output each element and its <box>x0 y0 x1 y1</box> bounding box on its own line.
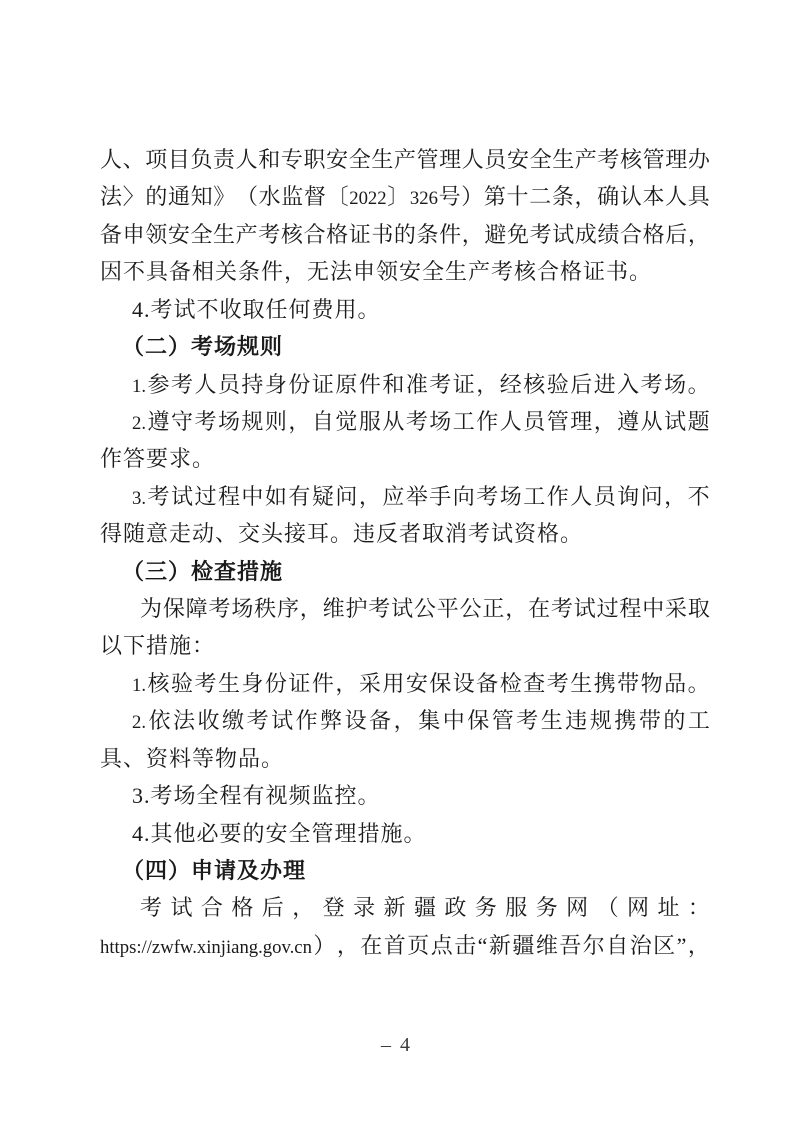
text-token: 问 <box>335 478 357 515</box>
text-line: 1.核验考生身份证件，采用安保设备检查考生携带物品。 <box>100 665 710 702</box>
text-token: 保 <box>163 590 185 627</box>
text-token: 维 <box>323 590 345 627</box>
text-token: 准 <box>406 366 428 403</box>
text-line: 2.依法收缴考试作弊设备，集中保管考生违规携带的工 <box>100 702 710 739</box>
text-token: 考 <box>516 702 538 739</box>
text-token: 核 <box>147 665 169 702</box>
text-token: 2022 <box>349 180 386 217</box>
text-token: 证 <box>349 216 371 253</box>
text-token: ， <box>292 889 314 926</box>
text-token: 成 <box>575 216 597 253</box>
text-token: 不 <box>688 478 710 515</box>
section-heading: （三）检查措施 <box>100 553 710 590</box>
text-token: 备 <box>100 216 122 253</box>
text-token: 物 <box>641 665 663 702</box>
text-token: 确 <box>597 178 619 215</box>
text-token: 录 <box>353 889 375 926</box>
text-token: 疆 <box>414 889 436 926</box>
text-token: 尔 <box>583 927 605 964</box>
text-token: 考 <box>247 702 269 739</box>
text-token: 身 <box>265 366 287 403</box>
text-line: 1.参考人员持身份证原件和准考证，经核验后进入考场。 <box>100 366 710 403</box>
text-token: 设 <box>453 665 475 702</box>
text-token: 应 <box>382 478 404 515</box>
text-token: 为 <box>140 590 162 627</box>
text-token: 人 <box>194 366 216 403</box>
text-token: https://zwfw.xinjiang.gov.cn <box>100 929 312 966</box>
text-token: 验 <box>171 665 193 702</box>
document-page: 人、项目负责人和专职安全生产管理人员安全生产考核管理办法〉的通知》（水监督〔20… <box>0 0 793 1122</box>
text-token: 安 <box>406 665 428 702</box>
text-token: 治 <box>630 927 652 964</box>
text-line: 备申领安全生产考核合格证书的条件，避免考试成绩合格后， <box>100 216 710 253</box>
text-line: 人、项目负责人和专职安全生产管理人员安全生产考核管理办 <box>100 141 710 178</box>
text-token: 参 <box>147 366 169 403</box>
text-token: 考 <box>530 216 552 253</box>
text-token: 水 <box>259 178 281 215</box>
text-token: ） <box>313 927 335 964</box>
text-token: 在 <box>528 590 550 627</box>
text-token: 考 <box>194 665 216 702</box>
text-token: 员 <box>218 366 240 403</box>
text-token: 问 <box>641 478 663 515</box>
text-token: 项 <box>145 141 167 178</box>
text-token: 采 <box>359 665 381 702</box>
text-token: 法 <box>100 178 122 215</box>
text-token: 作 <box>296 702 318 739</box>
text-line: 以下措施： <box>100 627 710 664</box>
text-token: 作 <box>547 478 569 515</box>
text-token: 人 <box>462 141 484 178</box>
text-token: 规 <box>590 702 612 739</box>
text-token: 过 <box>194 478 216 515</box>
text-token: 程 <box>619 590 641 627</box>
text-line: 3.考场全程有视频监控。 <box>100 777 710 814</box>
text-token: 认 <box>620 178 642 215</box>
text-line: 具、资料等物品。 <box>100 740 710 777</box>
text-token: 考 <box>476 478 498 515</box>
text-token: 安 <box>168 216 190 253</box>
text-token: 序 <box>277 590 299 627</box>
text-token: 考 <box>547 665 569 702</box>
page-number: – 4 <box>0 1034 793 1057</box>
text-token: 题 <box>688 403 710 440</box>
text-token: 进 <box>594 366 616 403</box>
text-line: 法〉的通知》（水监督〔2022〕326号）第十二条，确认本人具 <box>100 178 710 215</box>
text-token: 十 <box>507 178 529 215</box>
section-heading: （四）申请及办理 <box>100 852 710 889</box>
text-token: 和 <box>258 141 280 178</box>
text-token: 区 <box>653 927 675 964</box>
text-token: 管 <box>492 702 514 739</box>
text-token: 如 <box>265 478 287 515</box>
text-token: 吾 <box>559 927 581 964</box>
text-token: 违 <box>565 702 587 739</box>
text-token: 品 <box>664 665 686 702</box>
text-token: 场 <box>664 366 686 403</box>
text-token: 管 <box>547 403 569 440</box>
text-token: “ <box>478 927 488 964</box>
text-token: 避 <box>484 216 506 253</box>
text-token: 则 <box>265 403 287 440</box>
text-token: 〕 <box>387 178 409 215</box>
text-token: 考 <box>140 889 162 926</box>
text-token: 〔 <box>327 178 349 215</box>
text-token: 护 <box>345 590 367 627</box>
text-token: 平 <box>437 590 459 627</box>
text-token: 新 <box>384 889 406 926</box>
text-token: 核 <box>281 216 303 253</box>
text-token: 作 <box>476 403 498 440</box>
text-token: 考 <box>368 590 390 627</box>
text-token: ， <box>688 216 710 253</box>
text-token: 用 <box>382 665 404 702</box>
text-token: 采 <box>665 590 687 627</box>
text-token: 员 <box>594 478 616 515</box>
text-token: 缴 <box>222 702 244 739</box>
text-token: 条 <box>552 178 574 215</box>
text-token: 场 <box>429 403 451 440</box>
text-token: 后 <box>665 216 687 253</box>
text-token: 依 <box>149 702 171 739</box>
text-token: 产 <box>236 216 258 253</box>
text-token: 生 <box>541 702 563 739</box>
text-token: 正 <box>482 590 504 627</box>
text-token: （ <box>597 889 619 926</box>
text-token: 服 <box>505 889 527 926</box>
text-token: 理 <box>570 403 592 440</box>
text-token: 从 <box>382 403 404 440</box>
text-token: 手 <box>429 478 451 515</box>
text-token: 原 <box>335 366 357 403</box>
text-token: 入 <box>617 366 639 403</box>
text-token: 生 <box>218 665 240 702</box>
text-token: 和 <box>382 366 404 403</box>
text-token: 免 <box>507 216 529 253</box>
text-line: https://zwfw.xinjiang.gov.cn），在首页点击“新疆维吾… <box>100 927 710 964</box>
text-token: 证 <box>312 366 334 403</box>
text-token: 有 <box>288 478 310 515</box>
text-token: 领 <box>145 216 167 253</box>
text-token: 的 <box>145 178 167 215</box>
text-token: 人 <box>100 141 122 178</box>
text-line: 2.遵守考场规则，自觉服从考场工作人员管理，遵从试题 <box>100 403 710 440</box>
text-token: 经 <box>500 366 522 403</box>
text-token: 考 <box>406 403 428 440</box>
text-token: 法 <box>173 702 195 739</box>
text-token: 证 <box>453 366 475 403</box>
text-token: 考 <box>258 216 280 253</box>
text-token: 服 <box>359 403 381 440</box>
text-line: 4.考试不收取任何费用。 <box>100 291 710 328</box>
text-token: 生 <box>371 141 393 178</box>
text-token: 中 <box>642 590 664 627</box>
text-line: 4.其他必要的安全管理措施。 <box>100 815 710 852</box>
text-line: 因不具备相关条件，无法申领安全生产考核合格证书。 <box>100 253 710 290</box>
text-token: ， <box>335 665 357 702</box>
text-token: 员 <box>484 141 506 178</box>
text-token: 取 <box>688 590 710 627</box>
text-token: 〉 <box>123 178 145 215</box>
text-token: 全 <box>530 141 552 178</box>
text-token: ： <box>688 889 710 926</box>
text-token: 责 <box>213 141 235 178</box>
text-token: 合 <box>620 216 642 253</box>
text-token: 2. <box>132 405 146 442</box>
text-token: 绩 <box>597 216 619 253</box>
text-token: 1. <box>132 368 146 405</box>
text-token: 登 <box>323 889 345 926</box>
text-token: 中 <box>443 702 465 739</box>
text-token: 址 <box>657 889 679 926</box>
text-token: 专 <box>281 141 303 178</box>
text-token: 考 <box>147 478 169 515</box>
text-token: 通 <box>168 178 190 215</box>
text-token: 击 <box>454 927 476 964</box>
text-token: 件 <box>439 216 461 253</box>
text-token: 秩 <box>254 590 276 627</box>
text-token: 、 <box>123 141 145 178</box>
text-token: 网 <box>627 889 649 926</box>
text-token: 督 <box>304 178 326 215</box>
text-token: 设 <box>345 702 367 739</box>
text-token: 公 <box>414 590 436 627</box>
text-token: 向 <box>453 478 475 515</box>
text-token: 集 <box>418 702 440 739</box>
text-token: 安 <box>507 141 529 178</box>
text-token: 守 <box>171 403 193 440</box>
text-token: 。 <box>688 366 710 403</box>
text-token: 障 <box>186 590 208 627</box>
text-token: 工 <box>453 403 475 440</box>
text-token: 负 <box>190 141 212 178</box>
text-token: 考 <box>597 141 619 178</box>
text-token: 第 <box>484 178 506 215</box>
text-token: 考 <box>171 366 193 403</box>
text-token: ” <box>677 927 687 964</box>
text-token: 考 <box>551 590 573 627</box>
text-line: 得随意走动、交头接耳。违反者取消考试资格。 <box>100 515 710 552</box>
text-token: 1. <box>132 667 146 704</box>
text-token: 人 <box>500 403 522 440</box>
text-token: ， <box>575 178 597 215</box>
text-token: ， <box>462 216 484 253</box>
text-token: 举 <box>406 478 428 515</box>
text-token: 安 <box>326 141 348 178</box>
text-token: ， <box>688 927 710 964</box>
text-token: 目 <box>168 141 190 178</box>
text-token: 务 <box>475 889 497 926</box>
text-token: 格 <box>231 889 253 926</box>
text-token: 证 <box>288 665 310 702</box>
text-token: ， <box>476 366 498 403</box>
text-token: 件 <box>359 366 381 403</box>
text-token: 职 <box>303 141 325 178</box>
text-token: ， <box>300 590 322 627</box>
text-token: 检 <box>500 665 522 702</box>
text-token: 管 <box>417 141 439 178</box>
text-token: 管 <box>643 141 665 178</box>
text-token: 公 <box>460 590 482 627</box>
text-token: 保 <box>467 702 489 739</box>
text-token: （ <box>236 178 258 215</box>
text-token: 生 <box>552 141 574 178</box>
text-token: 申 <box>123 216 145 253</box>
text-token: 二 <box>529 178 551 215</box>
text-token: 疑 <box>312 478 334 515</box>
text-token: 中 <box>241 478 263 515</box>
text-token: 试 <box>271 702 293 739</box>
text-token: 考 <box>429 366 451 403</box>
document-body: 人、项目负责人和专职安全生产管理人员安全生产考核管理办法〉的通知》（水监督〔20… <box>100 141 710 964</box>
text-token: ） <box>461 178 483 215</box>
text-token: 办 <box>688 141 710 178</box>
section-heading: （二）考场规则 <box>100 328 710 365</box>
text-token: 份 <box>288 366 310 403</box>
text-token: 条 <box>417 216 439 253</box>
text-line: 为保障考场秩序，维护考试公平公正，在考试过程中采取 <box>100 590 710 627</box>
text-token: 疆 <box>512 927 534 964</box>
text-token: 合 <box>303 216 325 253</box>
text-token: 》 <box>213 178 235 215</box>
text-token: 自 <box>312 403 334 440</box>
text-token: 格 <box>643 216 665 253</box>
text-token: 从 <box>641 403 663 440</box>
text-token: 规 <box>241 403 263 440</box>
text-token: 弊 <box>320 702 342 739</box>
text-token: ， <box>394 702 416 739</box>
text-token: 备 <box>476 665 498 702</box>
text-token: 查 <box>523 665 545 702</box>
text-token: 书 <box>371 216 393 253</box>
text-token: 页 <box>407 927 429 964</box>
text-token: 份 <box>265 665 287 702</box>
text-token: 自 <box>606 927 628 964</box>
text-token: ， <box>664 478 686 515</box>
text-token: 程 <box>218 478 240 515</box>
text-token: 收 <box>198 702 220 739</box>
text-line: 考试合格后，登录新疆政务服务网（网址： <box>100 889 710 926</box>
text-token: 场 <box>500 478 522 515</box>
text-token: 工 <box>523 478 545 515</box>
text-token: 的 <box>663 702 685 739</box>
text-token: 后 <box>570 366 592 403</box>
text-token: 理 <box>439 141 461 178</box>
text-line: 作答要求。 <box>100 440 710 477</box>
text-token: ， <box>359 478 381 515</box>
text-token: 网 <box>566 889 588 926</box>
text-token: 人 <box>665 178 687 215</box>
text-token: 询 <box>617 478 639 515</box>
text-token: 具 <box>688 178 710 215</box>
text-token: 试 <box>552 216 574 253</box>
text-token: 保 <box>429 665 451 702</box>
text-token: 员 <box>523 403 545 440</box>
text-token: 带 <box>639 702 661 739</box>
text-token: 考 <box>641 366 663 403</box>
text-token: 格 <box>326 216 348 253</box>
text-token: 合 <box>201 889 223 926</box>
text-token: 的 <box>394 216 416 253</box>
text-token: 务 <box>536 889 558 926</box>
text-token: 本 <box>642 178 664 215</box>
text-token: 生 <box>213 216 235 253</box>
text-token: 产 <box>575 141 597 178</box>
text-token: 备 <box>369 702 391 739</box>
text-token: 考 <box>208 590 230 627</box>
text-token: 觉 <box>335 403 357 440</box>
text-token: 件 <box>312 665 334 702</box>
text-token: 产 <box>394 141 416 178</box>
text-token: 身 <box>241 665 263 702</box>
text-token: 。 <box>688 665 710 702</box>
text-token: ， <box>505 590 527 627</box>
text-token: 核 <box>523 366 545 403</box>
text-token: 考 <box>194 403 216 440</box>
text-token: 人 <box>570 478 592 515</box>
text-token: ， <box>288 403 310 440</box>
text-token: 试 <box>574 590 596 627</box>
text-token: 工 <box>688 702 710 739</box>
text-token: 试 <box>171 478 193 515</box>
text-token: 维 <box>536 927 558 964</box>
text-token: ， <box>594 403 616 440</box>
text-token: 遵 <box>147 403 169 440</box>
text-token: 试 <box>664 403 686 440</box>
text-token: 326 <box>410 180 438 217</box>
text-token: 全 <box>349 141 371 178</box>
text-token: 携 <box>594 665 616 702</box>
text-token: 政 <box>444 889 466 926</box>
text-token: 人 <box>236 141 258 178</box>
text-token: 过 <box>597 590 619 627</box>
text-token: 号 <box>439 178 461 215</box>
text-token: 2. <box>132 704 146 741</box>
text-token: 验 <box>547 366 569 403</box>
text-token: 监 <box>281 178 303 215</box>
text-token: 试 <box>391 590 413 627</box>
text-token: 知 <box>191 178 213 215</box>
text-token: 场 <box>218 403 240 440</box>
text-token: 试 <box>170 889 192 926</box>
text-token: 新 <box>489 927 511 964</box>
text-token: 后 <box>262 889 284 926</box>
text-token: 全 <box>190 216 212 253</box>
text-token: 首 <box>384 927 406 964</box>
text-token: ， <box>337 927 359 964</box>
text-token: 点 <box>431 927 453 964</box>
text-token: 在 <box>360 927 382 964</box>
text-token: 持 <box>241 366 263 403</box>
text-token: 生 <box>570 665 592 702</box>
text-token: 携 <box>614 702 636 739</box>
text-token: 3. <box>132 480 146 517</box>
text-token: 带 <box>617 665 639 702</box>
text-line: 3.考试过程中如有疑问，应举手向考场工作人员询问，不 <box>100 478 710 515</box>
text-token: 核 <box>620 141 642 178</box>
text-token: 遵 <box>617 403 639 440</box>
text-token: 理 <box>665 141 687 178</box>
text-token: 场 <box>231 590 253 627</box>
